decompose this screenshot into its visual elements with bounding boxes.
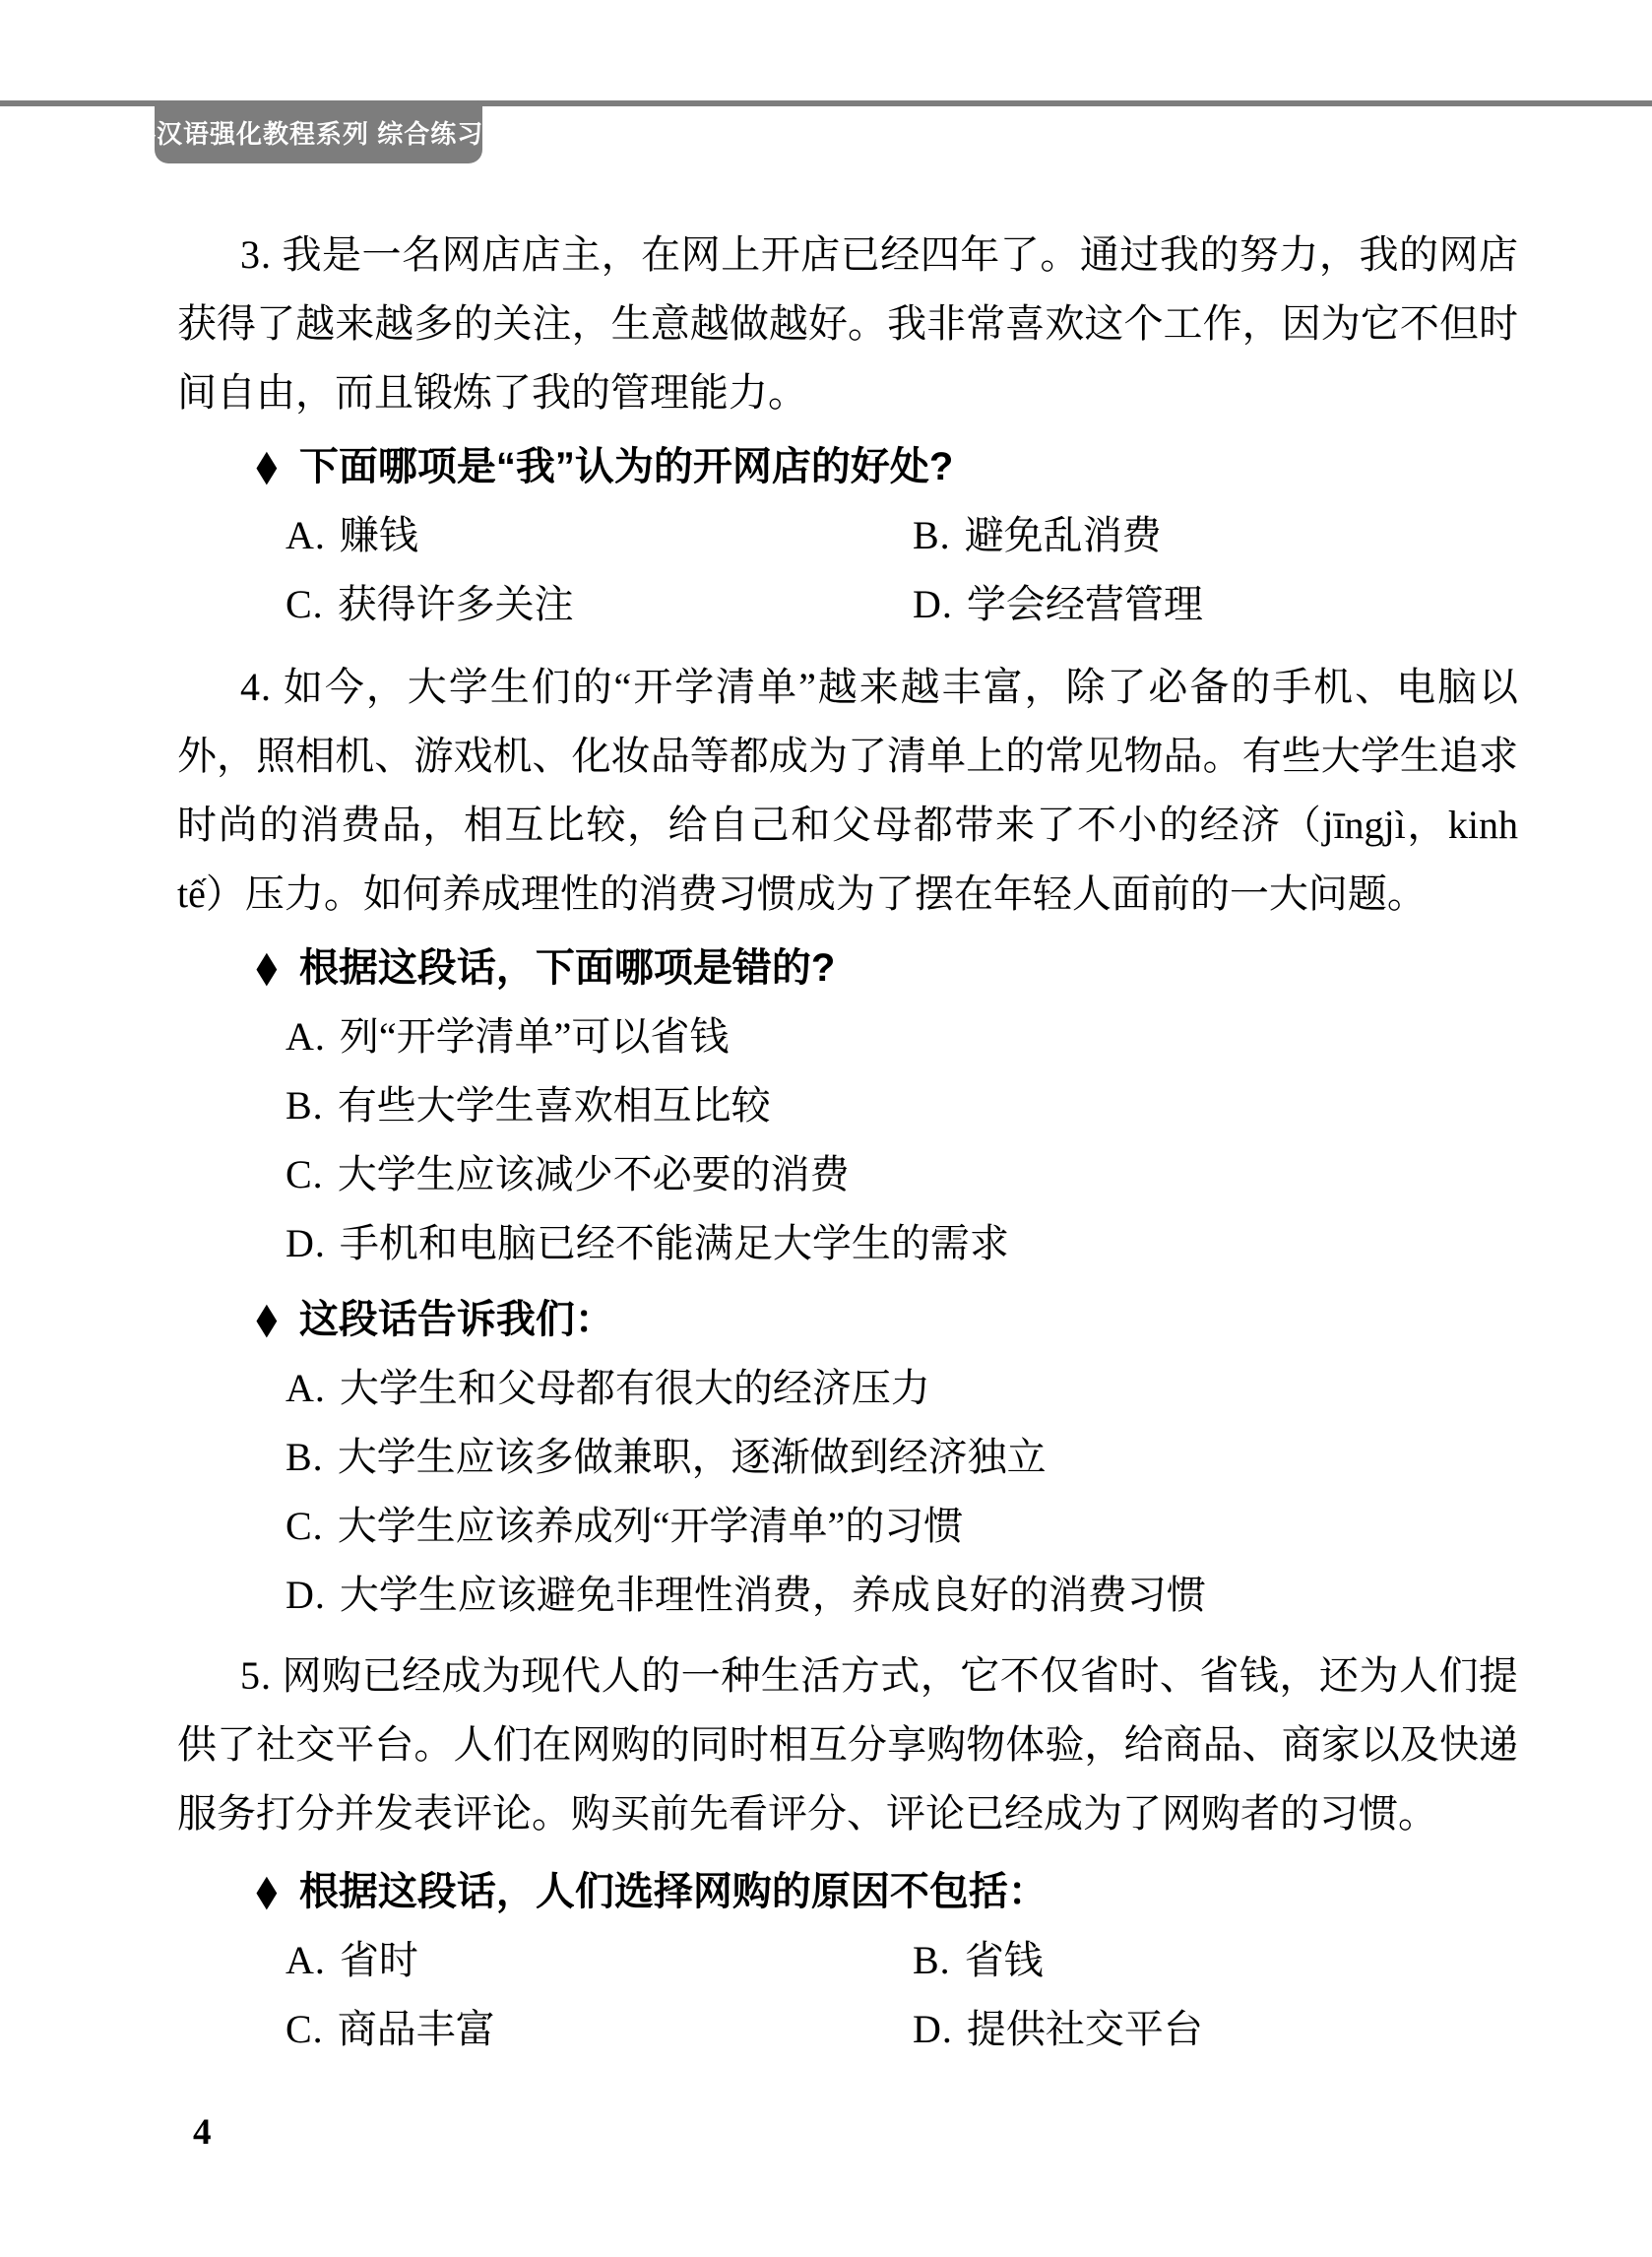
page-number: 4 <box>193 2111 212 2154</box>
option-label: B. <box>913 513 951 557</box>
option-label: D. <box>913 582 953 626</box>
option-label: A. <box>286 1014 326 1059</box>
passage-text: 如今，大学生们的“开学清单”越来越丰富，除了必备的手机、电脑以外，照相机、游戏机… <box>177 665 1518 916</box>
diamond-bullet-icon: ◆ <box>256 1284 277 1353</box>
option-text: 学会经营管理 <box>967 582 1203 626</box>
passage-number: 5. <box>240 1653 272 1698</box>
option-label: D. <box>286 1573 326 1617</box>
option-label: D. <box>286 1221 326 1265</box>
question-prompt: 下面哪项是“我”认为的开网店的好处? <box>299 432 953 501</box>
option-label: C. <box>286 1504 324 1548</box>
option-text: 大学生应该减少不必要的消费 <box>338 1152 850 1196</box>
page-content: 3.我是一名网店店主，在网上开店已经四年了。通过我的努力，我的网店获得了越来越多… <box>177 221 1518 2064</box>
option-text: 大学生应该养成列“开学清单”的习惯 <box>338 1504 964 1548</box>
question-prompt: 根据这段话，下面哪项是错的? <box>299 934 835 1002</box>
option-b: B.省钱 <box>913 1926 1518 1995</box>
workbook-page: 预科汉语强化教程系列 综合练习册 4 3.我是一名网店店主，在网上开店已经四年了… <box>0 0 1652 2257</box>
option-text: 大学生和父母都有很大的经济压力 <box>340 1366 930 1410</box>
option-a: A.赚钱 <box>286 501 913 570</box>
header-tab: 预科汉语强化教程系列 综合练习册 4 <box>155 100 482 163</box>
option-text: 省钱 <box>965 1938 1044 1982</box>
option-c: C.获得许多关注 <box>286 570 913 639</box>
option-c: C.大学生应该养成列“开学清单”的习惯 <box>286 1492 1518 1561</box>
question-prompt: 这段话告诉我们： <box>299 1285 614 1354</box>
passage-number: 4. <box>240 665 272 709</box>
option-text: 列“开学清单”可以省钱 <box>340 1014 730 1059</box>
option-text: 赚钱 <box>340 513 418 557</box>
exercise-3: 3.我是一名网店店主，在网上开店已经四年了。通过我的努力，我的网店获得了越来越多… <box>177 221 1518 639</box>
option-label: B. <box>913 1938 951 1982</box>
option-text: 省时 <box>340 1938 418 1982</box>
option-d: D.提供社交平台 <box>913 1995 1518 2064</box>
option-label: B. <box>286 1435 324 1479</box>
options-grid: A.赚钱 B.避免乱消费 C.获得许多关注 D.学会经营管理 <box>286 501 1518 639</box>
options-list: A.大学生和父母都有很大的经济压力 B.大学生应该多做兼职，逐渐做到经济独立 C… <box>286 1354 1518 1630</box>
passage: 4.如今，大学生们的“开学清单”越来越丰富，除了必备的手机、电脑以外，照相机、游… <box>177 653 1518 929</box>
option-text: 提供社交平台 <box>967 2007 1203 2051</box>
option-c: C.大学生应该减少不必要的消费 <box>286 1140 1518 1209</box>
option-b: B.大学生应该多做兼职，逐渐做到经济独立 <box>286 1423 1518 1492</box>
passage: 3.我是一名网店店主，在网上开店已经四年了。通过我的努力，我的网店获得了越来越多… <box>177 221 1518 427</box>
option-text: 避免乱消费 <box>965 513 1162 557</box>
option-d: D.手机和电脑已经不能满足大学生的需求 <box>286 1209 1518 1278</box>
option-text: 获得许多关注 <box>338 582 574 626</box>
option-d: D.学会经营管理 <box>913 570 1518 639</box>
option-text: 商品丰富 <box>338 2007 495 2051</box>
passage-text: 我是一名网店店主，在网上开店已经四年了。通过我的努力，我的网店获得了越来越多的关… <box>177 232 1518 415</box>
option-a: A.省时 <box>286 1926 913 1995</box>
option-text: 手机和电脑已经不能满足大学生的需求 <box>340 1221 1009 1265</box>
question-header: ◆ 下面哪项是“我”认为的开网店的好处? <box>250 431 1518 501</box>
option-label: A. <box>286 513 326 557</box>
options-list: A.列“开学清单”可以省钱 B.有些大学生喜欢相互比较 C.大学生应该减少不必要… <box>286 1002 1518 1278</box>
passage: 5.网购已经成为现代人的一种生活方式，它不仅省时、省钱，还为人们提供了社交平台。… <box>177 1642 1518 1848</box>
option-c: C.商品丰富 <box>286 1995 913 2064</box>
option-b: B.有些大学生喜欢相互比较 <box>286 1071 1518 1140</box>
question-header: ◆ 根据这段话，人们选择网购的原因不包括： <box>250 1856 1518 1926</box>
option-d: D.大学生应该避免非理性消费，养成良好的消费习惯 <box>286 1561 1518 1630</box>
option-label: C. <box>286 1152 324 1196</box>
exercise-4: 4.如今，大学生们的“开学清单”越来越丰富，除了必备的手机、电脑以外，照相机、游… <box>177 653 1518 1630</box>
option-text: 大学生应该多做兼职，逐渐做到经济独立 <box>338 1435 1047 1479</box>
header-tab-label: 预科汉语强化教程系列 综合练习册 4 <box>103 114 534 151</box>
option-b: B.避免乱消费 <box>913 501 1518 570</box>
passage-text: 网购已经成为现代人的一种生活方式，它不仅省时、省钱，还为人们提供了社交平台。人们… <box>177 1653 1518 1836</box>
option-a: A.大学生和父母都有很大的经济压力 <box>286 1354 1518 1423</box>
option-label: C. <box>286 582 324 626</box>
option-a: A.列“开学清单”可以省钱 <box>286 1002 1518 1071</box>
diamond-bullet-icon: ◆ <box>256 431 277 500</box>
option-text: 有些大学生喜欢相互比较 <box>338 1083 771 1128</box>
diamond-bullet-icon: ◆ <box>256 1856 277 1925</box>
question-prompt: 根据这段话，人们选择网购的原因不包括： <box>299 1857 1048 1926</box>
question-header: ◆ 根据这段话，下面哪项是错的? <box>250 933 1518 1002</box>
option-label: C. <box>286 2007 324 2051</box>
options-grid: A.省时 B.省钱 C.商品丰富 D.提供社交平台 <box>286 1926 1518 2064</box>
question-header: ◆ 这段话告诉我们： <box>250 1284 1518 1354</box>
option-label: A. <box>286 1366 326 1410</box>
option-label: A. <box>286 1938 326 1982</box>
option-label: B. <box>286 1083 324 1128</box>
option-label: D. <box>913 2007 953 2051</box>
exercise-5: 5.网购已经成为现代人的一种生活方式，它不仅省时、省钱，还为人们提供了社交平台。… <box>177 1642 1518 2064</box>
diamond-bullet-icon: ◆ <box>256 933 277 1001</box>
passage-number: 3. <box>240 232 272 277</box>
option-text: 大学生应该避免非理性消费，养成良好的消费习惯 <box>340 1573 1206 1617</box>
